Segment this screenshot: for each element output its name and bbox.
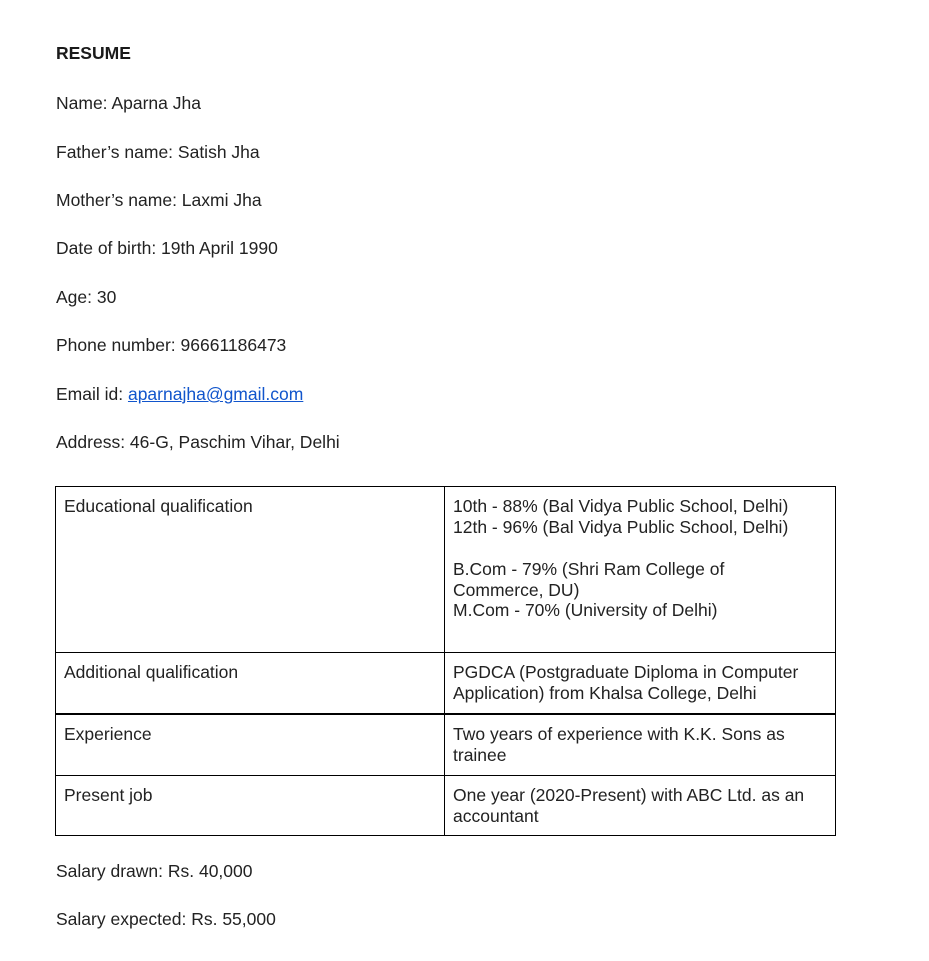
email-line: Email id: aparnajha@gmail.com [56,384,303,404]
table-row: Experience Two years of experience with … [56,714,836,776]
qualifications-table: Educational qualification 10th - 88% (Ba… [55,486,836,836]
email-link[interactable]: aparnajha@gmail.com [128,384,303,404]
row-value: Two years of experience with K.K. Sons a… [445,714,836,776]
row-label: Present job [56,776,445,836]
education-bcom-cont: Commerce, DU) [453,580,827,601]
table-row: Educational qualification 10th - 88% (Ba… [56,487,836,653]
age-line: Age: 30 [56,287,116,307]
row-value: PGDCA (Postgraduate Diploma in Computer … [445,653,836,715]
name-line: Name: Aparna Jha [56,93,201,113]
address-line: Address: 46-G, Paschim Vihar, Delhi [56,432,340,452]
salary-expected-line: Salary expected: Rs. 55,000 [56,909,276,929]
education-bcom: B.Com - 79% (Shri Ram College of [453,559,827,580]
education-mcom: M.Com - 70% (University of Delhi) [453,600,827,621]
mother-name-line: Mother’s name: Laxmi Jha [56,190,262,210]
education-10th: 10th - 88% (Bal Vidya Public School, Del… [453,496,827,517]
phone-line: Phone number: 96661186473 [56,335,286,355]
dob-line: Date of birth: 19th April 1990 [56,238,278,258]
row-value: One year (2020-Present) with ABC Ltd. as… [445,776,836,836]
row-label: Educational qualification [56,487,445,653]
row-label: Experience [56,714,445,776]
table-row: Present job One year (2020-Present) with… [56,776,836,836]
row-label: Additional qualification [56,653,445,715]
salary-drawn-line: Salary drawn: Rs. 40,000 [56,861,253,881]
table-row: Additional qualification PGDCA (Postgrad… [56,653,836,715]
email-label: Email id: [56,384,128,404]
row-value: 10th - 88% (Bal Vidya Public School, Del… [445,487,836,653]
resume-title: RESUME [56,43,131,63]
education-12th: 12th - 96% (Bal Vidya Public School, Del… [453,517,827,538]
father-name-line: Father’s name: Satish Jha [56,142,260,162]
